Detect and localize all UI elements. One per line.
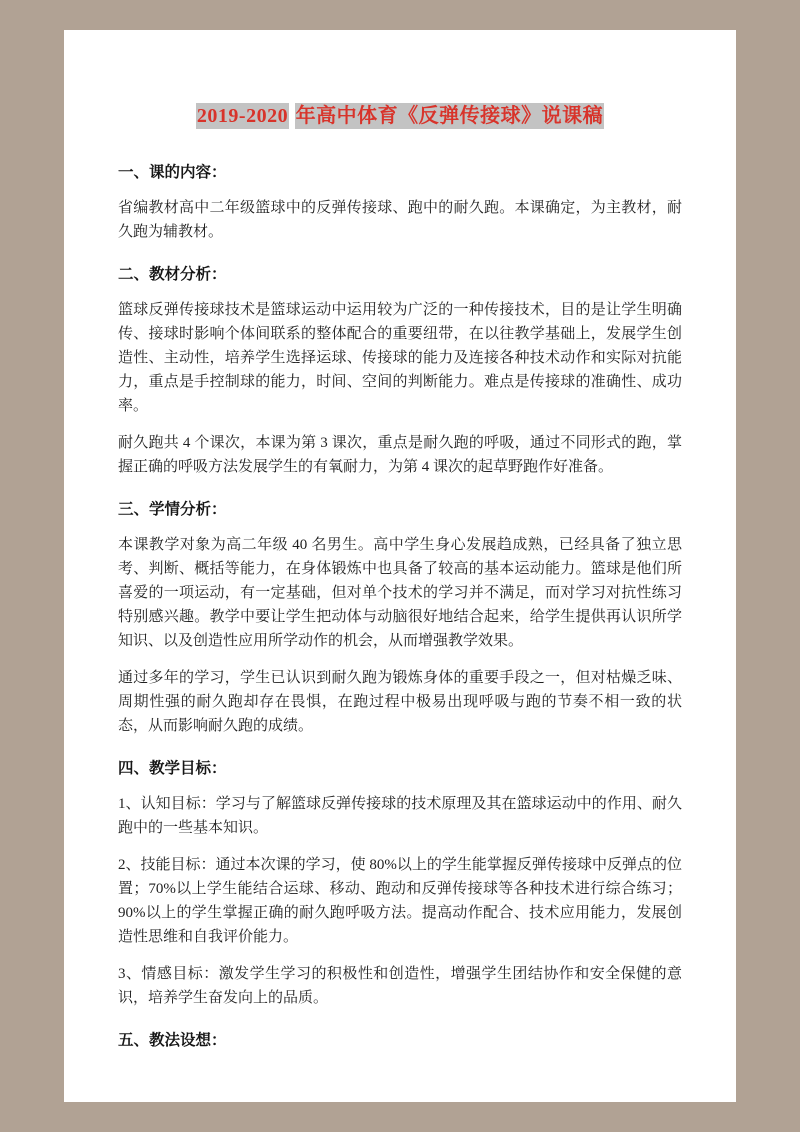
document-page: 2019-2020 年高中体育《反弹传接球》说课稿 一、课的内容：省编教材高中二… <box>64 30 736 1102</box>
body-paragraph: 3、情感目标：激发学生学习的积极性和创造性，增强学生团结协作和安全保健的意识，培… <box>118 962 682 1010</box>
section-heading: 二、教材分析： <box>118 264 682 285</box>
body-paragraph: 2、技能目标：通过本次课的学习，使 80%以上的学生能掌握反弹传接球中反弹点的位… <box>118 853 682 949</box>
document-body: 一、课的内容：省编教材高中二年级篮球中的反弹传接球、跑中的耐久跑。本课确定，为主… <box>118 162 682 1051</box>
body-paragraph: 通过多年的学习，学生已认识到耐久跑为锻炼身体的重要手段之一，但对枯燥乏味、周期性… <box>118 666 682 738</box>
section-heading: 四、教学目标： <box>118 758 682 779</box>
body-paragraph: 篮球反弹传接球技术是篮球运动中运用较为广泛的一种传接技术，目的是让学生明确传、接… <box>118 298 682 418</box>
body-paragraph: 本课教学对象为高二年级 40 名男生。高中学生身心发展趋成熟，已经具备了独立思考… <box>118 533 682 653</box>
section-heading: 三、学情分析： <box>118 499 682 520</box>
body-paragraph: 1、认知目标：学习与了解篮球反弹传接球的技术原理及其在篮球运动中的作用、耐久跑中… <box>118 792 682 840</box>
section-heading: 一、课的内容： <box>118 162 682 183</box>
body-paragraph: 耐久跑共 4 个课次，本课为第 3 课次，重点是耐久跑的呼吸，通过不同形式的跑，… <box>118 431 682 479</box>
document-viewer-background: 2019-2020 年高中体育《反弹传接球》说课稿 一、课的内容：省编教材高中二… <box>0 0 800 1132</box>
title-text-highlight: 年高中体育《反弹传接球》说课稿 <box>295 103 605 129</box>
section-heading: 五、教法设想： <box>118 1030 682 1051</box>
title-separator <box>289 105 295 127</box>
title-year-highlight: 2019-2020 <box>196 103 289 129</box>
document-title: 2019-2020 年高中体育《反弹传接球》说课稿 <box>118 102 682 130</box>
body-paragraph: 省编教材高中二年级篮球中的反弹传接球、跑中的耐久跑。本课确定，为主教材，耐久跑为… <box>118 196 682 244</box>
